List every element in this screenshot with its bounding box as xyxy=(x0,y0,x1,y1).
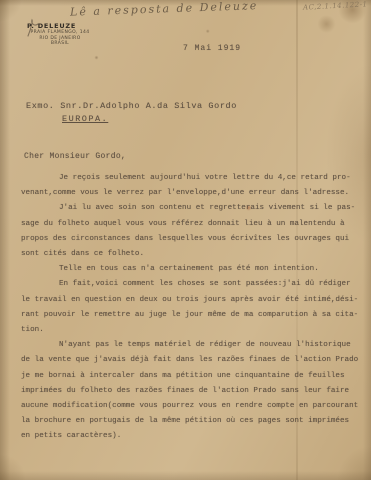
body-line: Je reçois seulement aujourd'hui votre le… xyxy=(21,171,365,186)
recipient-line: Exmo. Snr.Dr.Adolpho A.da Silva Gordo xyxy=(26,101,237,111)
salutation: Cher Monsieur Gordo, xyxy=(24,152,126,161)
body-line: Telle en tous cas n'a certainement pas é… xyxy=(21,262,365,277)
letterhead-address-line: PRAIA FLAMENGO, 144 xyxy=(27,30,93,36)
letterhead: P. DELEUZE PRAIA FLAMENGO, 144 RIO DE JA… xyxy=(27,22,105,47)
body-line: je me bornai à intercaler dans ma pétiti… xyxy=(21,369,365,384)
body-line: sage du folheto auquel vous vous référez… xyxy=(21,217,365,232)
archival-code: AC,2.1.14.122-1 xyxy=(303,0,368,11)
body-line: tion. xyxy=(21,323,365,338)
body-line: venant,comme vous le verrez par l'envelo… xyxy=(21,186,365,201)
destination-line: EUROPA. xyxy=(62,114,108,124)
body-line: la brochure en portugais de la même péti… xyxy=(21,414,365,429)
letterhead-address-line: BRASIL xyxy=(27,41,93,47)
body-line: de la vente que j'avais déjà fait dans l… xyxy=(21,353,365,368)
body-line: sont cités dans ce folheto. xyxy=(21,247,365,262)
body-line: imprimées du folheto des razões finaes d… xyxy=(21,384,365,399)
body-line: propos des circonstances dans lesquelles… xyxy=(21,232,365,247)
body-line: N'ayant pas le temps matériel de rédiger… xyxy=(21,338,365,353)
body-line: J'ai lu avec soin son contenu et regrett… xyxy=(21,201,365,216)
letter-date: 7 Mai 1919 xyxy=(183,44,241,53)
body-line: le travail en question en deux ou trois … xyxy=(21,293,365,308)
handwritten-note: Lê a resposta de Deleuze xyxy=(70,0,280,19)
letter-body: Je reçois seulement aujourd'hui votre le… xyxy=(21,171,365,445)
body-line: En fait,voici comment les choses se sont… xyxy=(21,277,365,292)
scanned-letter-page: Lê a resposta de Deleuze AC,2.1.14.122-1… xyxy=(0,0,371,480)
body-line: en petits caractères). xyxy=(21,429,365,444)
body-line: aucune modification(comme vous pourrez v… xyxy=(21,399,365,414)
body-line: rant pouvoir le remettre au juge le jour… xyxy=(21,308,365,323)
letterhead-name: P. DELEUZE xyxy=(27,22,105,30)
